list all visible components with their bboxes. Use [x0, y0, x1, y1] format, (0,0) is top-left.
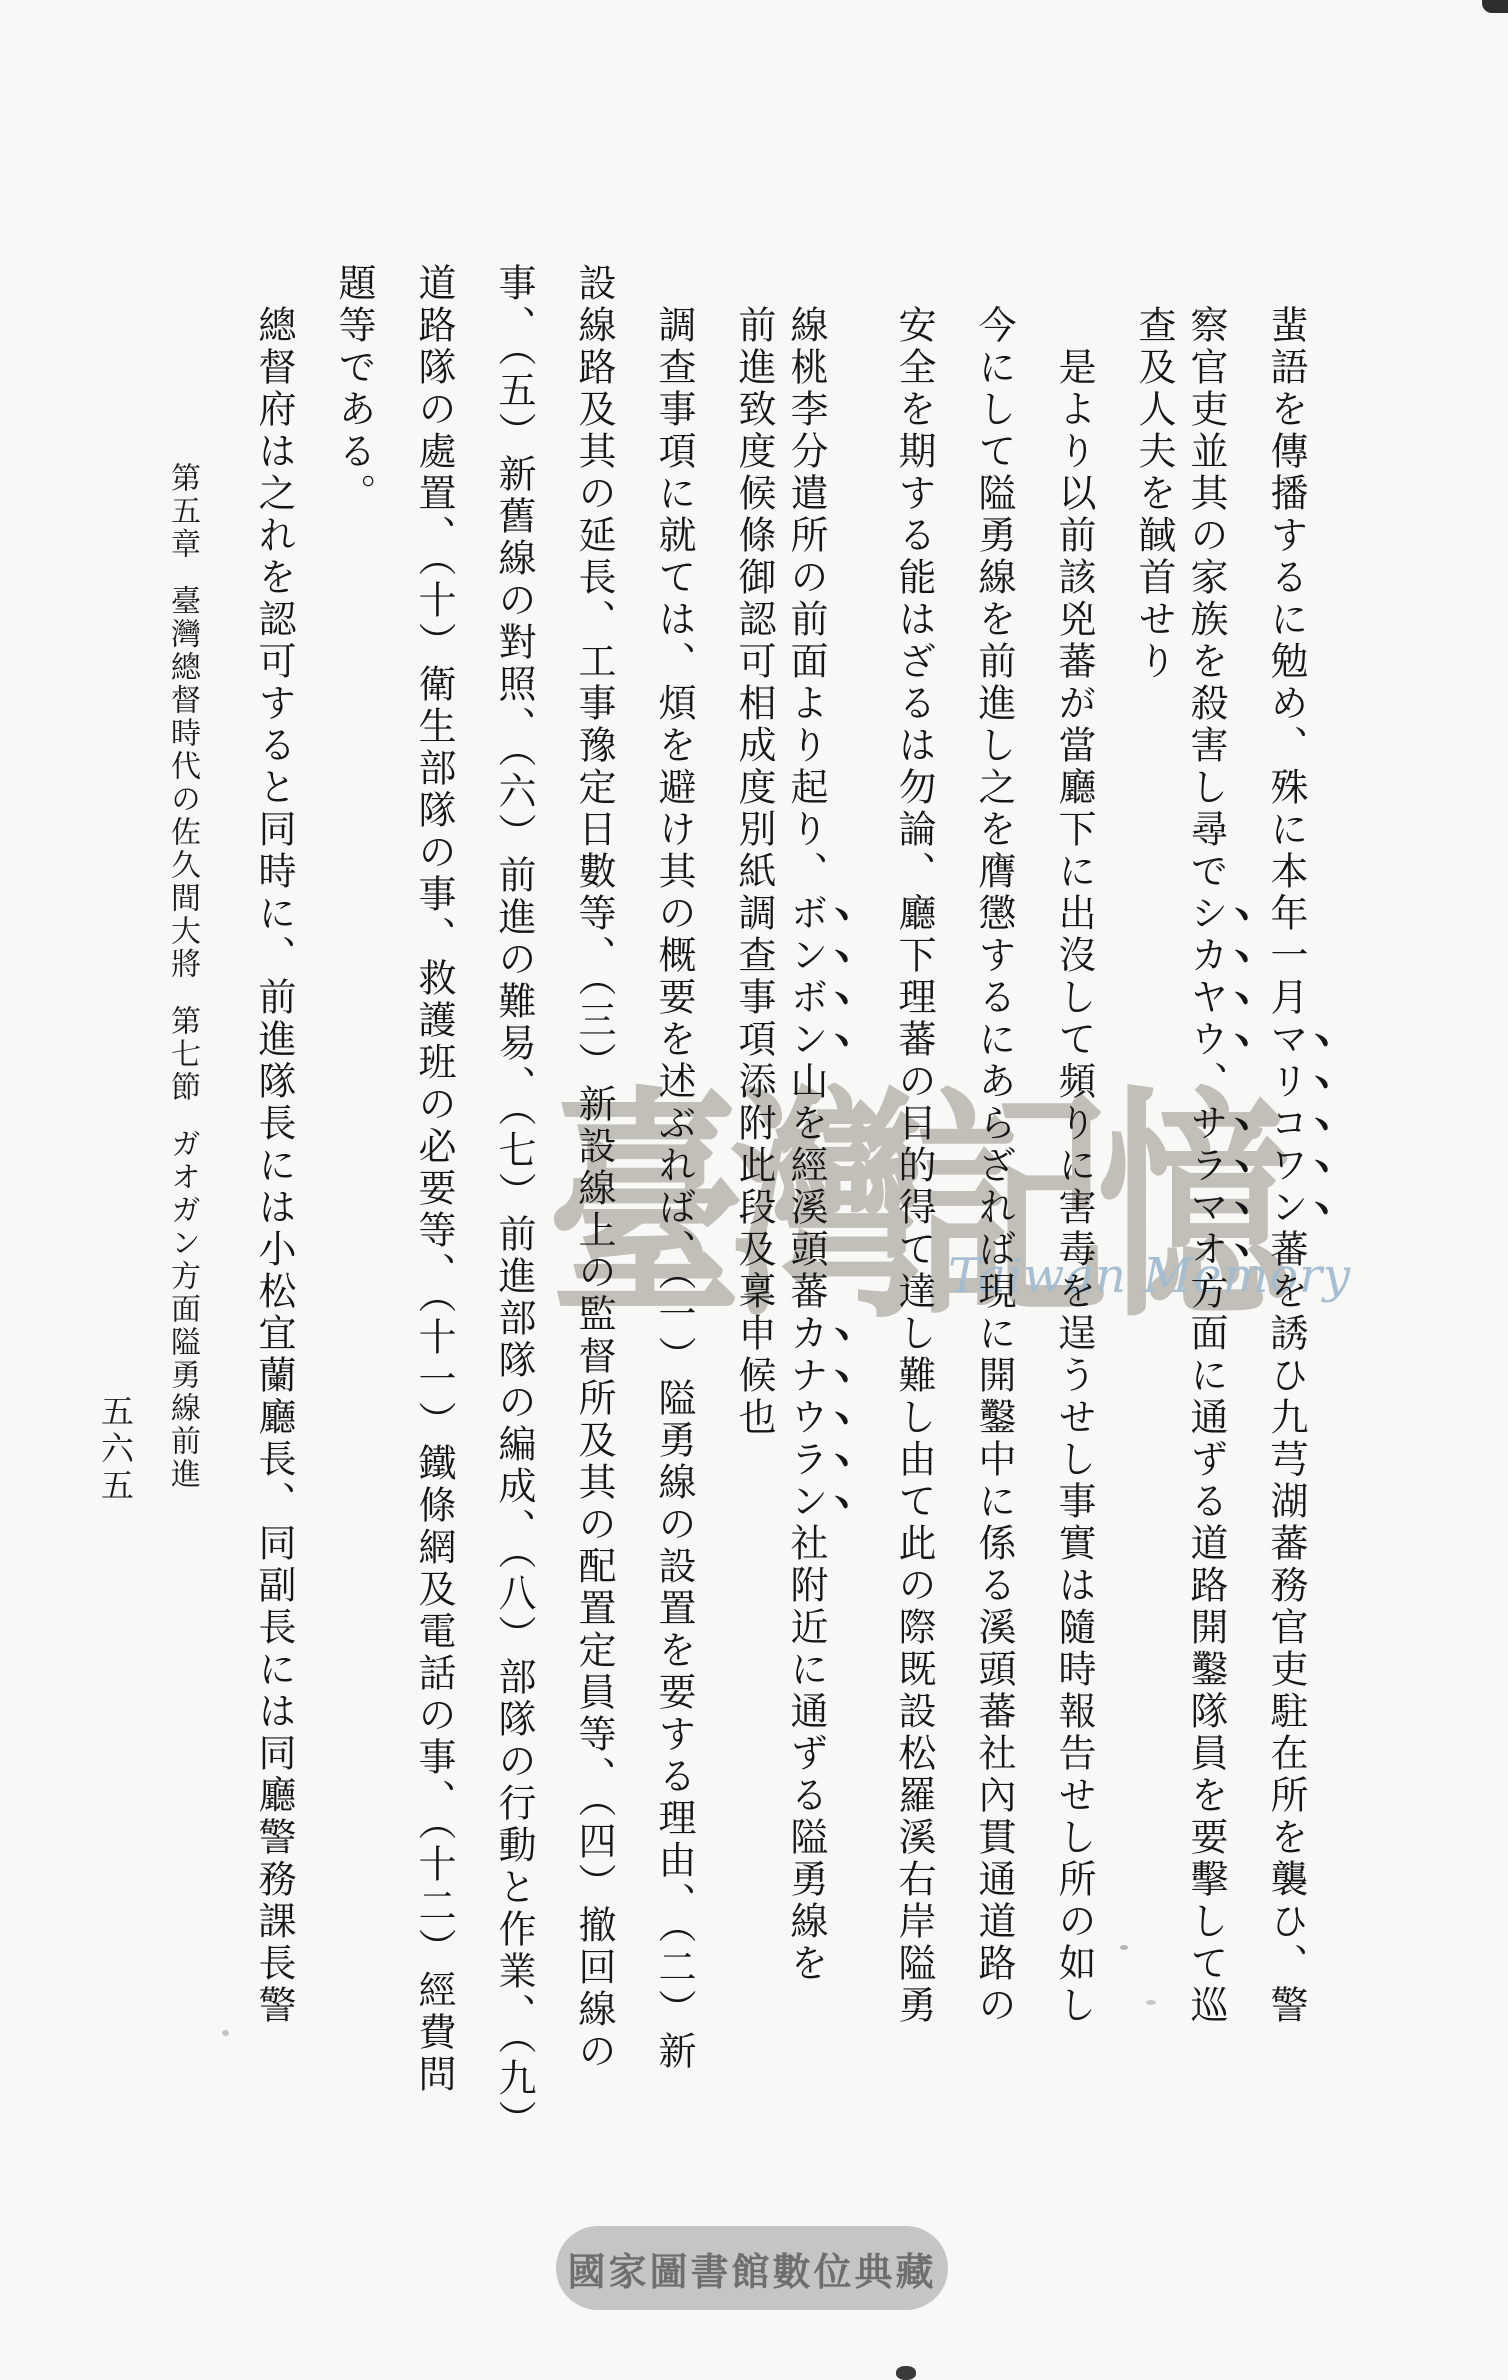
- chapter-title: 臺灣總督時代の佐久間大將: [165, 585, 200, 981]
- text-column: 安全を期する能はざるは勿論、廳下理蕃の目的得て達し難し由て此の際既設松羅溪右岸隘…: [893, 263, 935, 2093]
- section-title: ガオガン方面隘勇線前進: [165, 1128, 200, 1491]
- page-number: 五六五: [92, 1394, 139, 1505]
- text-segment: 查及人夫を馘首せり: [1132, 305, 1176, 683]
- scan-artifact-bottom: [896, 2366, 916, 2380]
- emphasized-name-text: カナウラン: [784, 1313, 828, 1523]
- text-segment: 總督府は之れを認可すると同時に、前進隊長には小松宜蘭廳長、同副長には同廳警務課長…: [252, 305, 296, 2027]
- text-column: 是より以前該兇蕃が當廳下に出沒して頻りに害毒を逞うせし事實は隨時報告せし所の如し: [1053, 263, 1095, 2093]
- text-column: 查及人夫を馘首せり: [1133, 263, 1175, 2093]
- text-column: 道路隊の處置、（十）衛生部隊の事、救護班の必要等、（十一）鐵條網及電話の事、（十…: [413, 263, 455, 2093]
- text-segment: 題等である。: [332, 263, 376, 515]
- text-segment: 事、（五）新舊線の對照、（六）前進の難易、（七）前進部隊の編成、（八）部隊の行動…: [492, 263, 536, 2142]
- text-segment: 調查事項に就ては、煩を避け其の概要を述ぶれば、（一）隘勇線の設置を要する理由、（…: [652, 305, 696, 2073]
- text-column: 總督府は之れを認可すると同時に、前進隊長には小松宜蘭廳長、同副長には同廳警務課長…: [253, 263, 295, 2093]
- scan-artifact-speck: [1146, 2000, 1156, 2005]
- text-column: 調查事項に就ては、煩を避け其の概要を述ぶれば、（一）隘勇線の設置を要する理由、（…: [653, 263, 695, 2093]
- text-segment: 山を經溪頭蕃: [784, 1061, 828, 1313]
- library-stamp-label: 國家圖書館數位典藏: [567, 2241, 936, 2296]
- text-segment: 安全を期する能はざるは勿論、廳下理蕃の目的得て達し難し由て此の際既設松羅溪右岸隘…: [892, 305, 936, 2027]
- scan-artifact-speck: [222, 2030, 229, 2036]
- body-text-block: 蜚語を傳播するに勉め、殊に本年一月マリコワン蕃を誘ひ九芎湖蕃務官吏駐在所を襲ひ、…: [215, 263, 1335, 2093]
- text-segment: 道路隊の處置、（十）衛生部隊の事、救護班の必要等、（十一）鐵條網及電話の事、（十…: [412, 263, 456, 2096]
- text-segment: 蜚語を傳播するに勉め、殊に本年一月: [1264, 305, 1308, 1019]
- emphasized-name-text: ボンボン: [784, 893, 828, 1061]
- scan-artifact-corner: [1482, 0, 1508, 13]
- library-stamp: 國家圖書館數位典藏: [556, 2226, 948, 2310]
- text-column: 今にして隘勇線を前進し之を膺懲するにあらざれば現に開鑿中に係る溪頭蕃社內貫通道路…: [973, 263, 1015, 2093]
- emphasized-name-text: シカヤウ: [1184, 893, 1228, 1061]
- text-column: 蜚語を傳播するに勉め、殊に本年一月マリコワン蕃を誘ひ九芎湖蕃務官吏駐在所を襲ひ、…: [1293, 263, 1335, 2093]
- emphasized-name-text: マリコワン: [1264, 1019, 1308, 1229]
- emphasized-name-text: サラマオ: [1184, 1103, 1228, 1271]
- text-segment: 今にして隘勇線を前進し之を膺懲するにあらざれば現に開鑿中に係る溪頭蕃社內貫通道路…: [972, 305, 1016, 2027]
- chapter-number: 第五章: [165, 462, 200, 561]
- text-column: 察官吏並其の家族を殺害し尋でシカヤウ、サラマオ方面に通ずる道路開鑿隊員を要擊して…: [1213, 263, 1255, 2093]
- text-column: 前進致度候條御認可相成度別紙調查事項添附此段及稟申候也: [733, 263, 775, 2093]
- text-segment: 方面に通ずる道路開鑿隊員を要擊して巡: [1184, 1271, 1228, 2027]
- text-segment: 蕃を誘ひ九芎湖蕃務官吏駐在所を襲ひ、警: [1264, 1229, 1308, 2027]
- scanned-book-page: 臺灣記憶 Taiwan Memory 蜚語を傳播するに勉め、殊に本年一月マリコワ…: [0, 0, 1508, 2380]
- text-segment: 社附近に通ずる隘勇線を: [784, 1523, 828, 1985]
- text-segment: 設線路及其の延長、工事豫定日數等、（三）新設線上の監督所及其の配置定員等、（四）…: [572, 263, 616, 2073]
- section-number: 第七節: [165, 1005, 200, 1104]
- text-column: 題等である。: [333, 263, 375, 2093]
- text-column: 設線路及其の延長、工事豫定日數等、（三）新設線上の監督所及其の配置定員等、（四）…: [573, 263, 615, 2093]
- text-segment: 前進致度候條御認可相成度別紙調查事項添附此段及稟申候也: [732, 305, 776, 1439]
- text-column: 事、（五）新舊線の對照、（六）前進の難易、（七）前進部隊の編成、（八）部隊の行動…: [493, 263, 535, 2093]
- scan-artifact-speck: [1120, 1945, 1128, 1950]
- text-segment: 是より以前該兇蕃が當廳下に出沒して頻りに害毒を逞うせし事實は隨時報告せし所の如し: [1052, 347, 1096, 2027]
- text-segment: 線桃李分遣所の前面より起り、: [784, 305, 828, 893]
- text-segment: 察官吏並其の家族を殺害し尋で: [1184, 305, 1228, 893]
- text-segment: 、: [1184, 1061, 1228, 1103]
- text-column: 線桃李分遣所の前面より起り、ボンボン山を經溪頭蕃カナウラン社附近に通ずる隘勇線を: [813, 263, 855, 2093]
- chapter-margin-header: 第五章臺灣總督時代の佐久間大將第七節ガオガン方面隘勇線前進: [162, 462, 202, 1562]
